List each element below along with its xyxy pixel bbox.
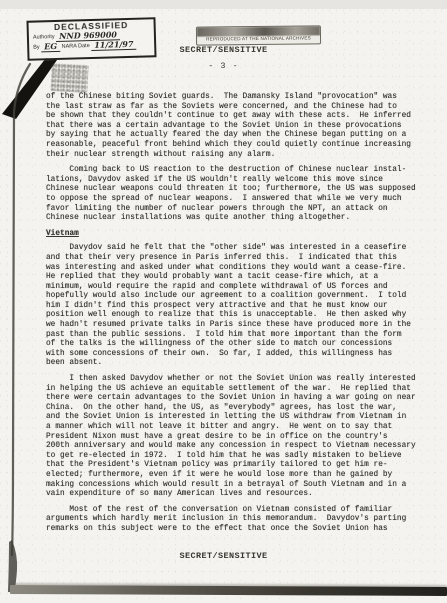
national-archives-stamp-text: REPRODUCED AT THE NATIONAL ARCHIVES xyxy=(199,35,318,41)
classification-header: SECRET/SENSITIVE xyxy=(0,45,447,55)
section-heading-vietnam: Vietnam xyxy=(46,230,440,240)
document-body: of the Chinese biting Soviet guards. The… xyxy=(46,93,440,541)
scanned-document-page: DECLASSIFIED Authority NND 969000 By EG … xyxy=(0,0,447,603)
body-paragraph-3: Davydov said he felt that the "other sid… xyxy=(46,244,440,369)
classification-footer: SECRET/SENSITIVE xyxy=(0,551,447,561)
scan-edge-left xyxy=(12,64,30,555)
scan-edge-bottom-band xyxy=(10,585,447,596)
scan-top-strip xyxy=(0,0,447,9)
national-archives-stamp: REPRODUCED AT THE NATIONAL ARCHIVES xyxy=(196,25,321,45)
body-paragraph-5: Most of the rest of the conversation on … xyxy=(46,506,440,535)
body-paragraph-2: Coming back to US reaction to the destru… xyxy=(46,166,440,224)
body-paragraph-4: I then asked Davydov whether or not the … xyxy=(46,375,440,500)
page-number: - 3 - xyxy=(0,61,447,71)
body-paragraph-continuation: of the Chinese biting Soviet guards. The… xyxy=(46,93,440,160)
